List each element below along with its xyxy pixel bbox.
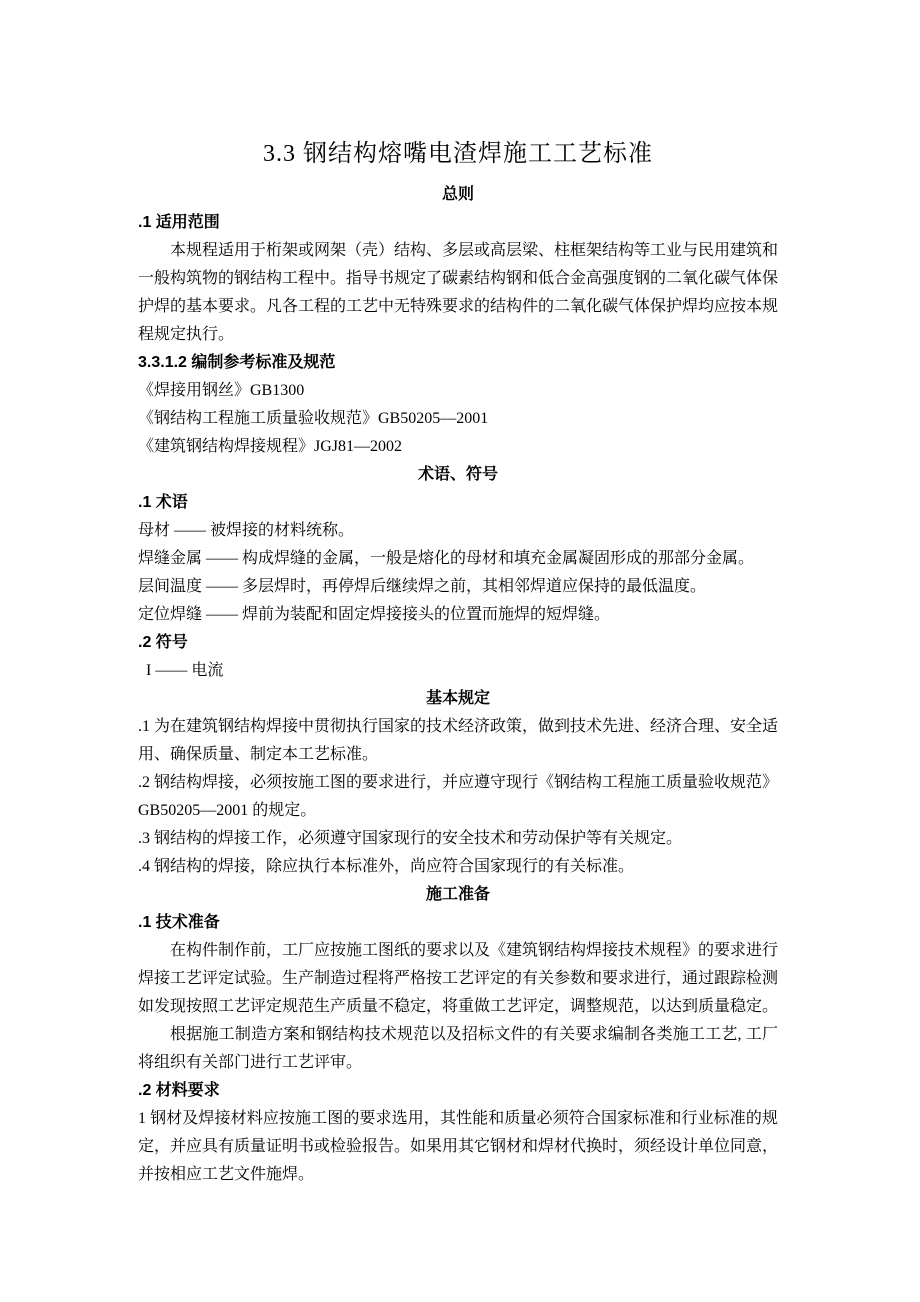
subsection-heading: .1 适用范围 (138, 209, 778, 237)
document-body: 总则.1 适用范围本规程适用于桁架或网架（壳）结构、多层或高层梁、柱框架结构等工… (138, 181, 778, 1189)
subsection-heading: .2 符号 (138, 629, 778, 657)
symbol-line: I —— 电流 (138, 657, 778, 685)
subsection-heading: .1 技术准备 (138, 909, 778, 937)
subsection-heading: 3.3.1.2 编制参考标准及规范 (138, 349, 778, 377)
paragraph: 《焊接用钢丝》GB1300 (138, 377, 778, 405)
document-page: 3.3 钢结构熔嘴电渣焊施工工艺标准 总则.1 适用范围本规程适用于桁架或网架（… (0, 0, 920, 1302)
paragraph: .1 为在建筑钢结构焊接中贯彻执行国家的技术经济政策，做到技术先进、经济合理、安… (138, 713, 778, 769)
paragraph: 定位焊缝 —— 焊前为装配和固定焊接接头的位置而施焊的短焊缝。 (138, 601, 778, 629)
paragraph: 焊缝金属 —— 构成焊缝的金属，一般是熔化的母材和填充金属凝固形成的那部分金属。 (138, 545, 778, 573)
paragraph: 本规程适用于桁架或网架（壳）结构、多层或高层梁、柱框架结构等工业与民用建筑和一般… (138, 237, 778, 349)
section-heading: 术语、符号 (138, 461, 778, 489)
paragraph: .3 钢结构的焊接工作，必须遵守国家现行的安全技术和劳动保护等有关规定。 (138, 825, 778, 853)
paragraph: 层间温度 —— 多层焊时，再停焊后继续焊之前，其相邻焊道应保持的最低温度。 (138, 573, 778, 601)
paragraph: 1 钢材及焊接材料应按施工图的要求选用，其性能和质量必须符合国家标准和行业标准的… (138, 1105, 778, 1189)
paragraph: .4 钢结构的焊接，除应执行本标准外，尚应符合国家现行的有关标准。 (138, 853, 778, 881)
paragraph: .2 钢结构焊接，必须按施工图的要求进行，并应遵守现行《钢结构工程施工质量验收规… (138, 769, 778, 825)
section-heading: 施工准备 (138, 881, 778, 909)
paragraph: 在构件制作前，工厂应按施工图纸的要求以及《建筑钢结构焊接技术规程》的要求进行焊接… (138, 937, 778, 1021)
subsection-heading: .2 材料要求 (138, 1077, 778, 1105)
section-heading: 总则 (138, 181, 778, 209)
subsection-heading: .1 术语 (138, 489, 778, 517)
paragraph: 母材 —— 被焊接的材料统称。 (138, 517, 778, 545)
document-title: 3.3 钢结构熔嘴电渣焊施工工艺标准 (138, 139, 778, 169)
paragraph: 根据施工制造方案和钢结构技术规范以及招标文件的有关要求编制各类施工工艺, 工厂将… (138, 1021, 778, 1077)
paragraph: 《建筑钢结构焊接规程》JGJ81—2002 (138, 433, 778, 461)
section-heading: 基本规定 (138, 685, 778, 713)
paragraph: 《钢结构工程施工质量验收规范》GB50205—2001 (138, 405, 778, 433)
